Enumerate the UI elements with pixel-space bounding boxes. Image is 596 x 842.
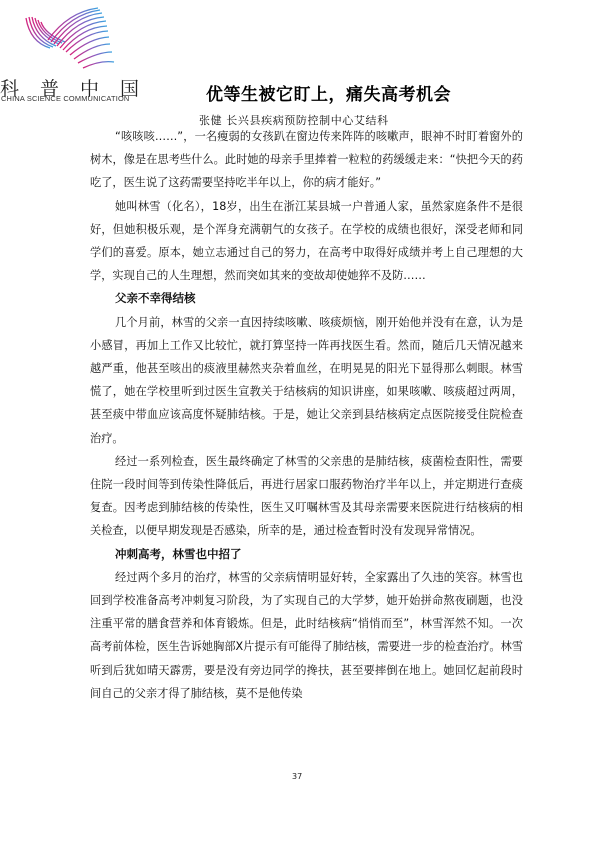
- paragraph-4: 经过一系列检查，医生最终确定了林雪的父亲患的是肺结核，痰菌检查阳性，需要住院一段…: [90, 450, 523, 543]
- article-title: 优等生被它盯上，痛失高考机会: [206, 80, 451, 105]
- page-number: 37: [292, 772, 302, 781]
- logo-wave-icon: [20, 2, 120, 76]
- paragraph-5: 经过两个多月的治疗，林雪的父亲病情明显好转，全家露出了久违的笑容。林雪也回到学校…: [90, 566, 523, 705]
- paragraph-1: “咳咳咳……”，一名瘦弱的女孩趴在窗边传来阵阵的咳嗽声，眼神不时盯着窗外的树木，…: [90, 125, 523, 195]
- paragraph-2: 她叫林雪（化名），18岁，出生在浙江某县城一户普通人家，虽然家庭条件不是很好，但…: [90, 195, 523, 288]
- article-body: “咳咳咳……”，一名瘦弱的女孩趴在窗边传来阵阵的咳嗽声，眼神不时盯着窗外的树木，…: [90, 125, 523, 705]
- logo-english-text: CHINA SCIENCE COMMUNICATION: [1, 94, 129, 103]
- paragraph-3: 几个月前，林雪的父亲一直因持续咳嗽、咳痰烦恼，刚开始他并没有在意，认为是小感冒，…: [90, 311, 523, 450]
- section-heading-1: 父亲不幸得结核: [90, 287, 523, 310]
- section-heading-2: 冲刺高考，林雪也中招了: [90, 543, 523, 566]
- logo: 科普中国 CHINA SCIENCE COMMUNICATION: [0, 0, 160, 100]
